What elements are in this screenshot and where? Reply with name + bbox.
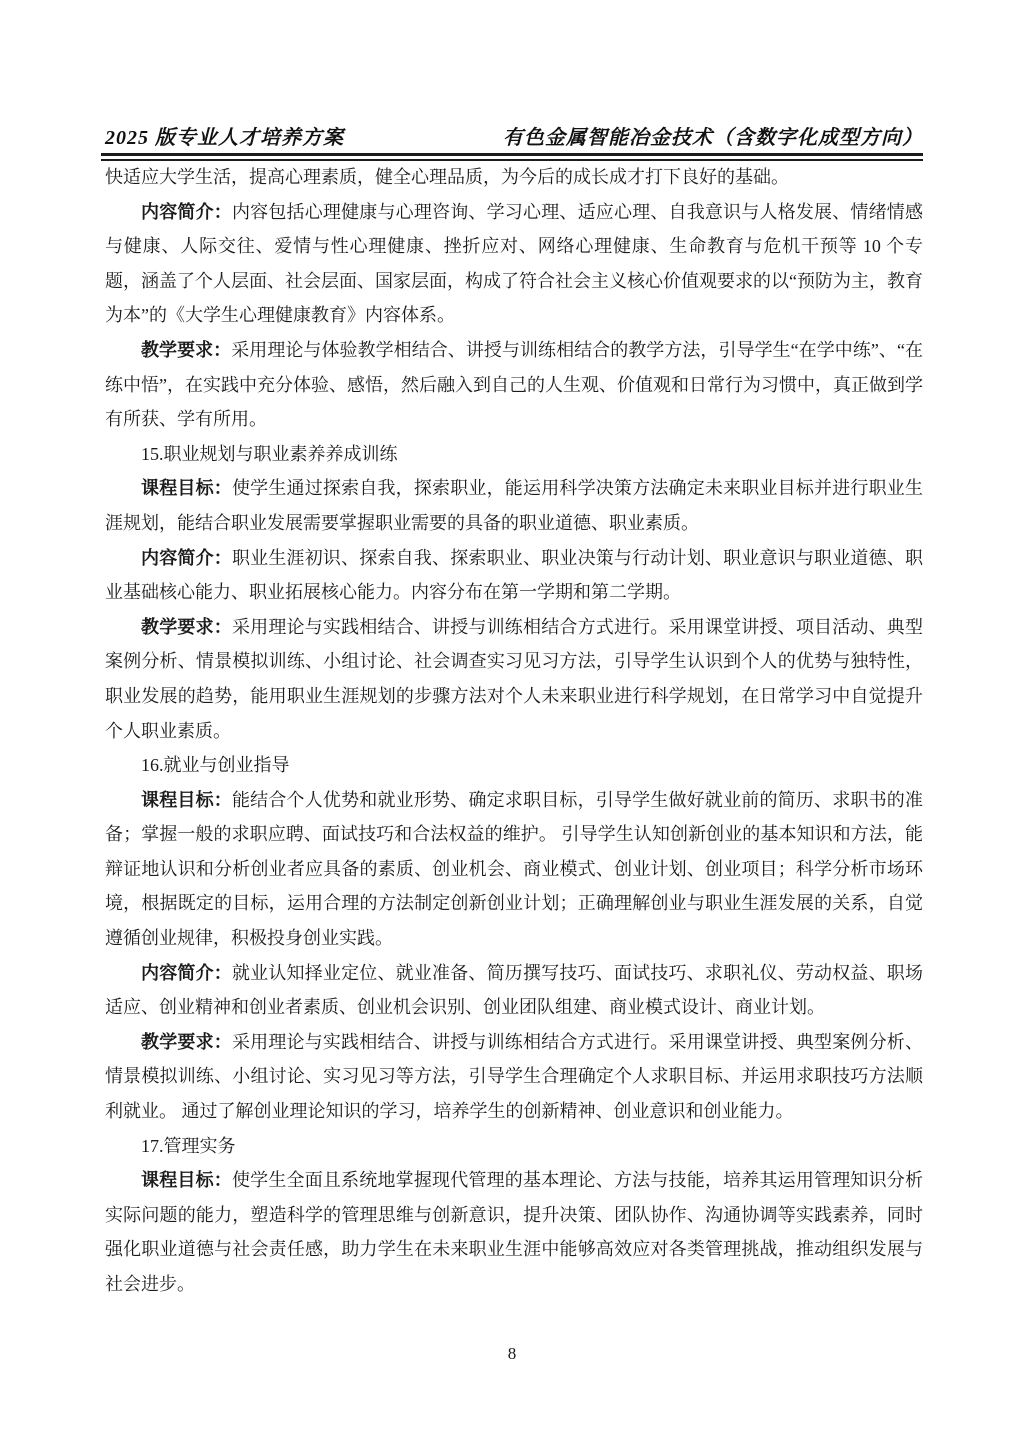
- paragraph-label: 内容简介：: [141, 202, 232, 222]
- page-footer: 8: [0, 1344, 1024, 1364]
- paragraph-label: 教学要求：: [141, 1032, 232, 1052]
- paragraph: 内容简介：就业认知择业定位、就业准备、简历撰写技巧、面试技巧、求职礼仪、劳动权益…: [105, 956, 923, 1025]
- paragraph: 教学要求：采用理论与实践相结合、讲授与训练相结合方式进行。采用课堂讲授、典型案例…: [105, 1025, 923, 1129]
- paragraph-label: 课程目标：: [141, 478, 232, 498]
- paragraph: 课程目标：使学生全面且系统地掌握现代管理的基本理论、方法与技能，培养其运用管理知…: [105, 1163, 923, 1301]
- document-page: 2025 版专业人才培养方案 有色金属智能冶金技术（含数字化成型方向） 快适应大…: [0, 0, 1024, 1448]
- paragraph: 教学要求：采用理论与体验教学相结合、讲授与训练相结合的教学方法，引导学生“在学中…: [105, 333, 923, 437]
- paragraph-label: 课程目标：: [141, 790, 232, 810]
- paragraph: 内容简介：内容包括心理健康与心理咨询、学习心理、适应心理、自我意识与人格发展、情…: [105, 195, 923, 333]
- page-header: 2025 版专业人才培养方案 有色金属智能冶金技术（含数字化成型方向）: [105, 121, 923, 150]
- paragraph-label: 内容简介：: [141, 963, 232, 983]
- paragraph-label: 内容简介：: [141, 548, 232, 568]
- header-right-title: 有色金属智能冶金技术（含数字化成型方向）: [503, 121, 923, 150]
- page-number: 8: [508, 1344, 517, 1363]
- paragraph-label: 教学要求：: [141, 340, 231, 360]
- section-heading: 15.职业规划与职业素养养成训练: [105, 437, 923, 472]
- paragraph: 课程目标：能结合个人优势和就业形势、确定求职目标，引导学生做好就业前的简历、求职…: [105, 783, 923, 956]
- section-heading: 16.就业与创业指导: [105, 748, 923, 783]
- paragraph-label: 教学要求：: [141, 617, 232, 637]
- section-heading: 17.管理实务: [105, 1129, 923, 1164]
- paragraph: 快适应大学生活，提高心理素质，健全心理品质，为今后的成长成才打下良好的基础。: [105, 160, 923, 195]
- paragraph-label: 课程目标：: [141, 1170, 232, 1190]
- paragraph: 课程目标：使学生通过探索自我，探索职业，能运用科学决策方法确定未来职业目标并进行…: [105, 471, 923, 540]
- paragraph: 教学要求：采用理论与实践相结合、讲授与训练相结合方式进行。采用课堂讲授、项目活动…: [105, 610, 923, 748]
- document-body: 快适应大学生活，提高心理素质，健全心理品质，为今后的成长成才打下良好的基础。内容…: [105, 160, 923, 1302]
- paragraph: 内容简介：职业生涯初识、探索自我、探索职业、职业决策与行动计划、职业意识与职业道…: [105, 541, 923, 610]
- header-left-title: 2025 版专业人才培养方案: [105, 121, 344, 150]
